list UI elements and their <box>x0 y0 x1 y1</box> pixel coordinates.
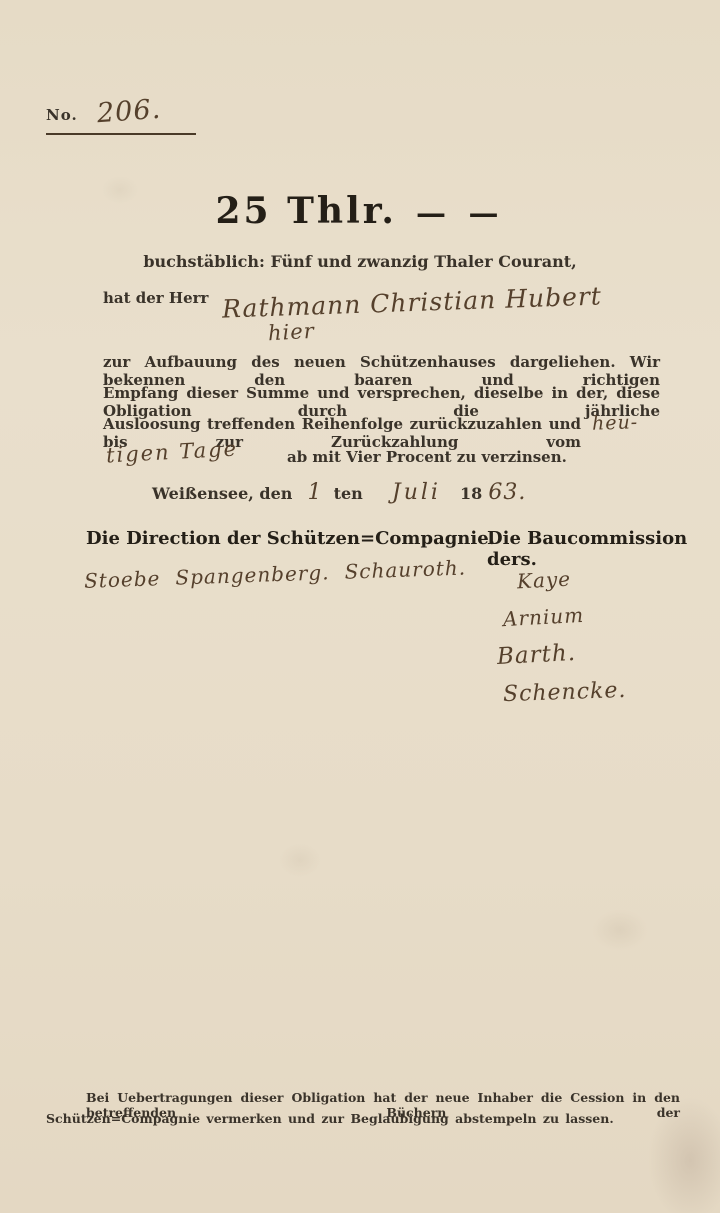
signature: Schencke. <box>503 678 627 707</box>
recipient-prefix: hat der Herr <box>103 289 208 307</box>
footer-line-2: Schützen=Compagnie vermerken und zur Beg… <box>46 1111 680 1126</box>
body-line-3-handwritten: heu- <box>592 411 639 435</box>
amount-value: 25 Thlr. <box>215 190 396 232</box>
document-number-block: No. 206. <box>46 96 196 135</box>
signature: Schauroth. <box>344 556 466 584</box>
amount-dashes: — — <box>416 196 504 231</box>
baucommission-heading: Die Baucommission ders. <box>487 528 720 570</box>
date-year-printed: 18 <box>460 484 482 503</box>
dateline: Weißensee, den 1 ten Juli 18 63. <box>152 480 526 505</box>
recipient-line: hat der Herr Rathmann Christian Hubert <box>103 288 663 317</box>
signature: Stoebe <box>84 566 161 593</box>
direction-signatures: Stoebe Spangenberg. Schauroth. <box>84 555 477 593</box>
signature: Kaye <box>516 567 571 594</box>
date-month-handwritten: Juli <box>392 480 441 505</box>
date-day-handwritten: 1 <box>308 480 323 505</box>
signature: Arnium <box>502 603 584 631</box>
document-number-label: No. <box>46 106 78 124</box>
document-scan: No. 206. 25 Thlr. — — buchstäblich: Fünf… <box>0 0 720 1213</box>
date-year-handwritten: 63. <box>488 480 526 505</box>
date-place: Weißensee, den <box>152 484 292 503</box>
body-line-4: ab mit Vier Procent zu verzinsen. <box>287 448 567 466</box>
signature: Barth. <box>496 640 576 670</box>
amount-spelled-out: buchstäblich: Fünf und zwanzig Thaler Co… <box>0 252 720 271</box>
recipient-name-handwritten: Rathmann Christian Hubert <box>221 281 602 323</box>
signature: Spangenberg. <box>175 560 330 589</box>
amount-heading: 25 Thlr. — — <box>0 190 720 232</box>
date-day-suffix: ten <box>334 484 363 503</box>
direction-heading: Die Direction der Schützen=Compagnie. <box>86 528 495 549</box>
document-number-handwritten: 206. <box>96 94 162 129</box>
recipient-place-handwritten: hier <box>267 319 315 345</box>
